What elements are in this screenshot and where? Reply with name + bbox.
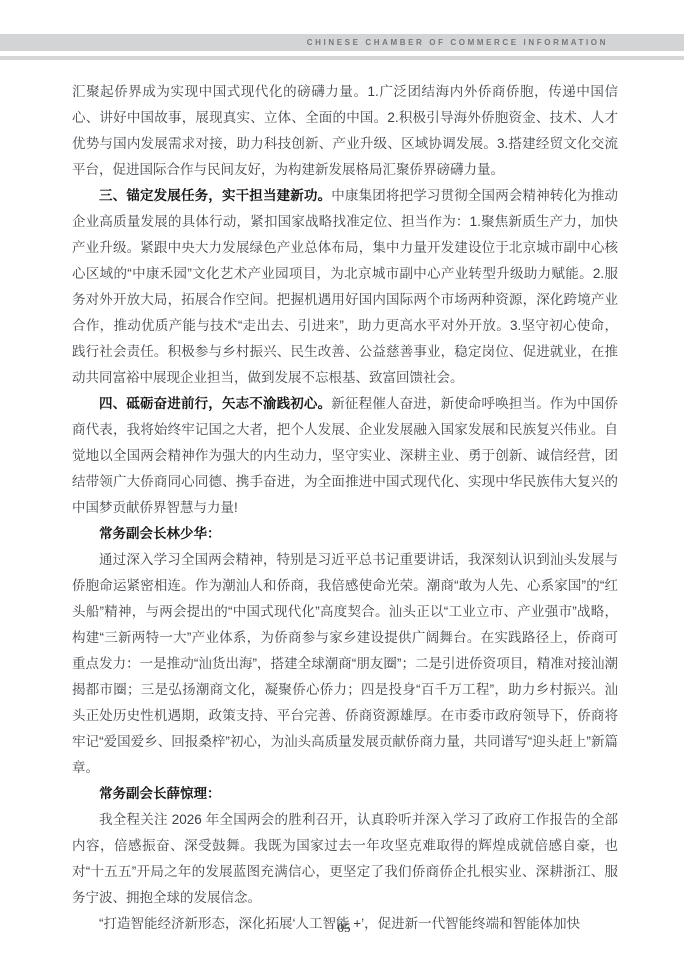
paragraph: 我全程关注 2026 年全国两会的胜利召开，认真聆听并深入学习了政府工作报告的全… [72, 807, 618, 911]
paragraph: 通过深入学习全国两会精神，特别是习近平总书记重要讲话，我深刻认识到汕头发展与侨胞… [72, 547, 618, 781]
paragraph: 汇聚起侨界成为实现中国式现代化的磅礴力量。1.广泛团结海内外侨商侨胞，传递中国信… [72, 79, 618, 183]
paragraph: 三、锚定发展任务，实干担当建新功。中康集团将把学习贯彻全国两会精神转化为推动企业… [72, 183, 618, 391]
paragraph-text: 新征程催人奋进，新使命呼唤担当。作为中国侨商代表，我将始终牢记国之大者，把个人发… [72, 396, 618, 515]
header-rule [0, 56, 684, 60]
paragraph-text: 通过深入学习全国两会精神，特别是习近平总书记重要讲话，我深刻认识到汕头发展与侨胞… [72, 552, 618, 775]
paragraph-lead: 三、锚定发展任务，实干担当建新功。 [99, 188, 331, 203]
speaker-heading: 常务副会长薛惊理： [72, 781, 618, 807]
article-body: 汇聚起侨界成为实现中国式现代化的磅礴力量。1.广泛团结海内外侨商侨胞，传递中国信… [72, 79, 618, 937]
speaker-heading: 常务副会长林少华： [72, 521, 618, 547]
paragraph-text: 中康集团将把学习贯彻全国两会精神转化为推动企业高质量发展的具体行动，紧扣国家战略… [72, 188, 618, 385]
header-title: CHINESE CHAMBER OF COMMERCE INFORMATION [307, 34, 608, 51]
speaker-name: 常务副会长薛惊理： [99, 786, 221, 801]
paragraph: 四、砥砺奋进前行，矢志不渝践初心。新征程催人奋进，新使命呼唤担当。作为中国侨商代… [72, 391, 618, 521]
paragraph-text: 我全程关注 2026 年全国两会的胜利召开，认真聆听并深入学习了政府工作报告的全… [72, 812, 618, 905]
speaker-name: 常务副会长林少华： [99, 526, 221, 541]
paragraph-lead: 四、砥砺奋进前行，矢志不渝践初心。 [99, 396, 331, 411]
page-number: 05 [0, 920, 688, 936]
paragraph-text: 汇聚起侨界成为实现中国式现代化的磅礴力量。1.广泛团结海内外侨商侨胞，传递中国信… [72, 84, 618, 177]
